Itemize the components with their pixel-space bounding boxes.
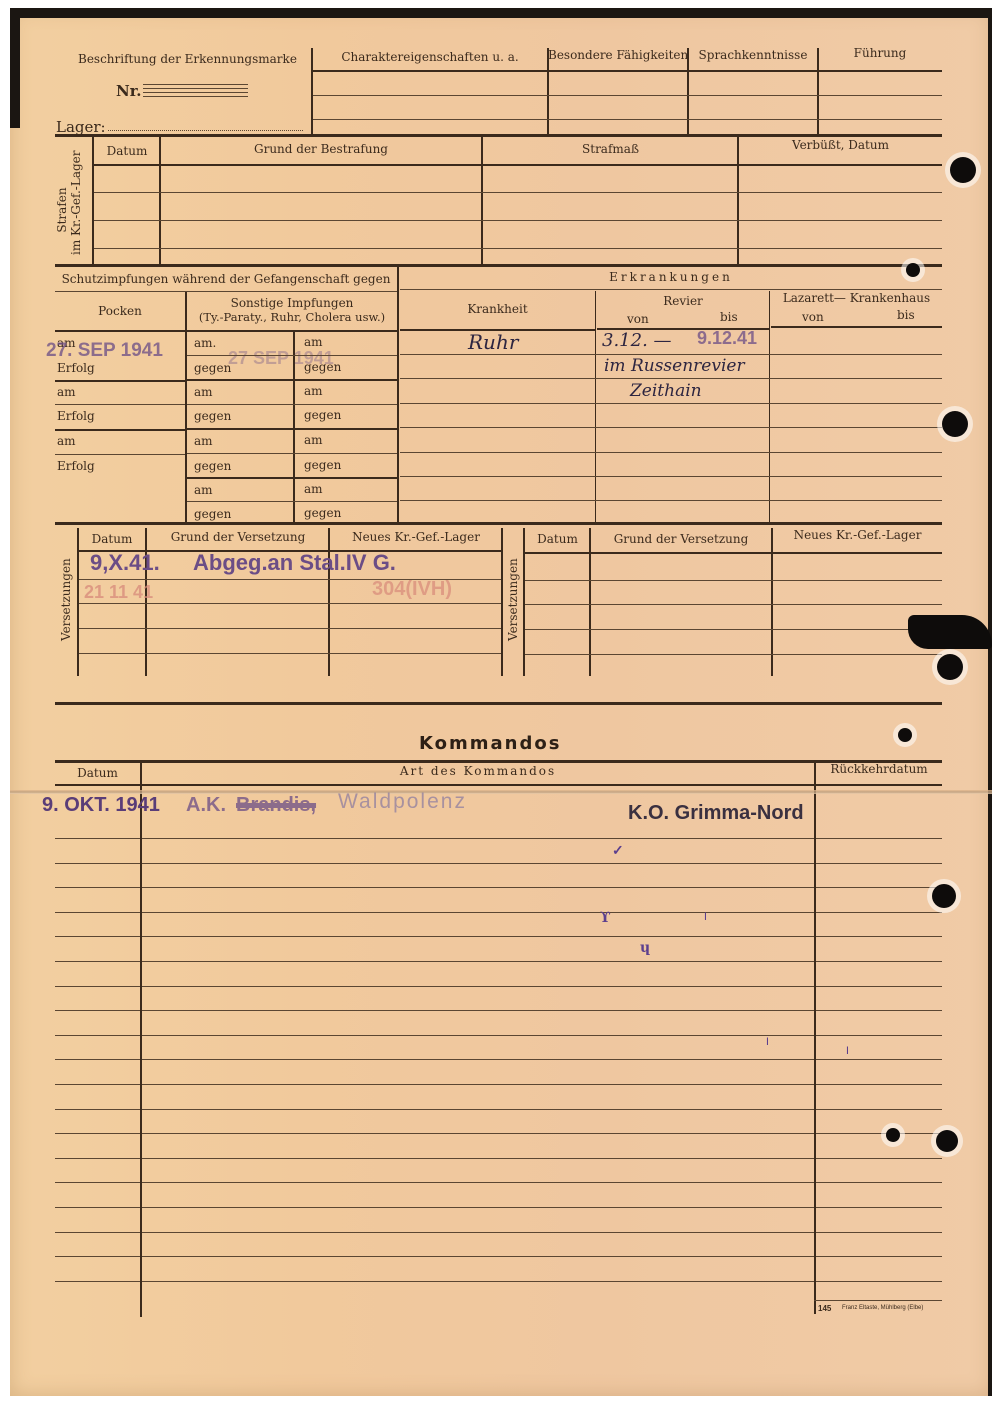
row-line (313, 119, 942, 120)
erkrankungen-title: Erkrankungen (400, 270, 942, 284)
sonstige-b-gegen-4: gegen (304, 506, 341, 520)
sonstige-a-am-4: am (194, 483, 213, 497)
row-line (142, 1232, 814, 1233)
ink-mark: ǀ (846, 1046, 849, 1057)
row-line (55, 1281, 140, 1282)
row-line (55, 1182, 140, 1183)
row-line (55, 291, 397, 292)
row-line (79, 603, 501, 604)
row-line (55, 454, 185, 455)
pocken-erfolg-1: Erfolg (57, 361, 95, 375)
row-line (142, 936, 814, 937)
row-line (94, 248, 942, 249)
row-line (142, 1256, 814, 1257)
vers-grund-1: Abgeg.an Stal.IV G. (193, 550, 396, 576)
sonstige-a-gegen-1: gegen (194, 361, 231, 375)
charakter-header: Charaktereigenschaften u. a. (312, 50, 548, 64)
row-line (816, 1256, 942, 1257)
pocken-date-stamp: 27. SEP 1941 (46, 340, 163, 362)
section-rule (55, 134, 942, 137)
kommando-ko-stamp: K.O. Grimma-Nord (628, 802, 804, 825)
strafen-label-1: Strafen (55, 187, 69, 232)
punch-hole (936, 1130, 958, 1152)
row-line (55, 1084, 140, 1085)
row-line (525, 654, 942, 655)
punch-hole (898, 728, 912, 742)
row-line (142, 1109, 814, 1110)
revier-von-value: 3.12. — (602, 330, 672, 351)
sonstige-a-gegen-4: gegen (194, 507, 231, 521)
row-line (55, 912, 140, 913)
row-line (142, 912, 814, 913)
row-line (816, 838, 942, 839)
row-line (816, 1059, 942, 1060)
row-line (55, 961, 140, 962)
row-line (94, 192, 942, 193)
row-line (816, 1133, 942, 1134)
sonstige-subheader: (Ty.-Paraty., Ruhr, Cholera usw.) (187, 310, 397, 324)
pocken-am-2: am (57, 385, 76, 399)
punch-hole (906, 263, 920, 277)
row-line (816, 887, 942, 888)
row-line (55, 1109, 140, 1110)
row-line (816, 986, 942, 987)
nr-line (143, 92, 248, 93)
divider (769, 291, 770, 522)
punch-hole (932, 884, 956, 908)
kommandos-title: Kommandos (419, 733, 561, 754)
header-underline (312, 70, 942, 72)
divider (595, 291, 596, 522)
row-line (816, 1084, 942, 1085)
row-line (187, 404, 397, 405)
sonstige-b-gegen-2: gegen (304, 408, 341, 422)
vers-datum-header: Datum (79, 532, 145, 546)
vers-lager-header: Neues Kr.-Gef.-Lager (330, 530, 502, 544)
row-line (142, 961, 814, 962)
row-line (55, 838, 140, 839)
row-line (816, 912, 942, 913)
ink-mark: ✓ (612, 843, 624, 859)
row-line (79, 628, 501, 629)
header-underline (55, 784, 942, 786)
revier-von: von (627, 312, 649, 326)
kommando-struck-text: Brandis, (236, 794, 316, 817)
sonstige-b-am-1: am (304, 335, 323, 349)
rueckkehr-header: Rückkehrdatum (816, 762, 942, 776)
footer-line (814, 1300, 942, 1301)
sonstige-a-am-3: am (194, 434, 213, 448)
divider (185, 292, 187, 522)
krankheit-value: Ruhr (468, 330, 518, 354)
vers-datum-1: 9,X.41. (90, 550, 160, 576)
row-line (142, 1133, 814, 1134)
header-underline (94, 164, 942, 166)
revier-note-1: im Russenrevier (604, 356, 745, 376)
row-line (142, 1158, 814, 1159)
sonstige-a-gegen-2: gegen (194, 409, 231, 423)
row-line (55, 1010, 140, 1011)
nr-line (143, 84, 248, 85)
tear (908, 615, 992, 649)
row-line (400, 500, 942, 501)
krankheit-header: Krankheit (400, 302, 595, 316)
printer-imprint: Franz Eltaste, Mühlberg (Elbe) (842, 1305, 923, 1311)
row-line (187, 428, 397, 430)
section-rule (55, 702, 942, 705)
punch-hole (942, 411, 968, 437)
row-line (142, 838, 814, 839)
row-line (816, 961, 942, 962)
pocken-header: Pocken (55, 304, 185, 318)
divider (140, 762, 142, 1317)
row-line (55, 1256, 140, 1257)
schutzimpfungen-title: Schutzimpfungen während der Gefangenscha… (55, 272, 397, 286)
row-line (187, 453, 397, 454)
form-number: 145 (818, 1304, 831, 1313)
lager-field[interactable] (108, 130, 303, 131)
vers-r-lager-header: Neues Kr.-Gef.-Lager (773, 528, 942, 542)
vers-r-datum-header: Datum (525, 532, 590, 546)
sprachkenntnisse-header: Sprachkenntnisse (688, 48, 818, 62)
row-line (816, 1207, 942, 1208)
strafmass-header: Strafmaß (483, 142, 738, 156)
row-line (187, 477, 397, 479)
kommando-art-header: Art des Kommandos (142, 764, 814, 778)
faehigkeiten-header: Besondere Fähigkeiten (548, 48, 688, 62)
revier-note-2: Zeithain (630, 381, 702, 401)
sonstige-a-am-2: am (194, 385, 213, 399)
row-line (816, 1281, 942, 1282)
row-line (400, 452, 942, 453)
scan-edge-shadow-left (10, 8, 20, 128)
strafen-label-2: im Kr.-Gef.-Lager (69, 151, 83, 256)
revier-bis-stamp: 9.12.41 (697, 328, 757, 349)
scan-edge-shadow (10, 8, 992, 18)
revier-header: Revier (597, 294, 769, 308)
kommando-ak-stamp: A.K. (186, 794, 226, 817)
sonstige-a-am-1: am. (194, 336, 216, 350)
row-line (816, 1232, 942, 1233)
nr-line (143, 88, 248, 89)
header-underline (771, 326, 942, 328)
sonstige-a-gegen-3: gegen (194, 459, 231, 473)
ink-mark: ɥ (640, 940, 650, 956)
row-line (400, 378, 942, 379)
row-line (55, 429, 185, 431)
verbuesst-header: Verbüßt, Datum (739, 138, 942, 152)
row-line (816, 1035, 942, 1036)
divider (737, 136, 739, 264)
pocken-erfolg-2: Erfolg (57, 409, 95, 423)
kommando-place: Waldpolenz (338, 790, 467, 814)
strafen-datum-header: Datum (94, 144, 160, 158)
row-line (816, 936, 942, 937)
ink-mark: ϒ (600, 910, 611, 926)
row-line (400, 403, 942, 404)
lazarett-header: Lazarett— Krankenhaus (771, 291, 942, 305)
row-line (816, 863, 942, 864)
row-line (55, 404, 185, 405)
sonstige-b-gegen-1: gegen (304, 360, 341, 374)
kommando-datum-header: Datum (55, 766, 140, 780)
row-line (55, 1207, 140, 1208)
row-line (816, 1182, 942, 1183)
row-line (313, 95, 942, 96)
row-line (816, 1158, 942, 1159)
row-line (187, 379, 397, 381)
row-line (400, 289, 942, 290)
vers-datum-2: 21 11 41 (84, 582, 153, 603)
header-underline (525, 552, 942, 554)
row-line (525, 604, 942, 605)
punch-hole (886, 1128, 900, 1142)
sonstige-b-gegen-3: gegen (304, 458, 341, 472)
row-line (142, 1281, 814, 1282)
row-line (55, 1035, 140, 1036)
row-line (55, 1232, 140, 1233)
row-line (400, 476, 942, 477)
lazarett-von: von (802, 310, 824, 324)
row-line (816, 1010, 942, 1011)
section-rule (55, 264, 942, 267)
row-line (55, 380, 185, 382)
section-rule (55, 760, 942, 763)
sonstige-b-am-3: am (304, 433, 323, 447)
sonstige-b-am-4: am (304, 482, 323, 496)
pocken-erfolg-3: Erfolg (57, 459, 95, 473)
strafen-grund-header: Grund der Bestrafung (161, 142, 481, 156)
kommando-datum-1: 9. OKT. 1941 (42, 794, 160, 817)
row-line (79, 653, 501, 654)
row-line (94, 220, 942, 221)
scan-edge-shadow-right (988, 8, 992, 1396)
fuehrung-header: Führung (818, 46, 942, 60)
nr-label: Nr. (116, 82, 141, 100)
row-line (55, 863, 140, 864)
row-line (55, 1133, 140, 1134)
row-line (400, 427, 942, 428)
ink-mark: ǀ (766, 1037, 769, 1048)
row-line (187, 355, 397, 356)
section-rule (55, 522, 942, 525)
vers-r-grund-header: Grund der Versetzung (591, 532, 771, 546)
row-line (55, 887, 140, 888)
row-line (142, 863, 814, 864)
row-line (187, 501, 397, 502)
versetzungen-side-label-right: Versetzungen (506, 561, 520, 641)
ink-mark: ǀ (704, 912, 707, 923)
lazarett-bis: bis (897, 308, 915, 322)
strafen-side-label: Strafen im Kr.-Gef.-Lager (55, 165, 83, 255)
vers-grund-header: Grund der Versetzung (147, 530, 329, 544)
row-line (142, 1010, 814, 1011)
pocken-am-3: am (57, 434, 76, 448)
versetzungen-side-label-left: Versetzungen (59, 561, 73, 641)
sonstige-header: Sonstige Impfungen (187, 296, 397, 310)
row-line (142, 1207, 814, 1208)
row-line (525, 629, 942, 630)
sonstige-b-am-2: am (304, 384, 323, 398)
row-line (816, 1109, 942, 1110)
row-line (142, 887, 814, 888)
vers-lager-2: 304(IVH) (372, 578, 452, 601)
punch-hole (937, 654, 963, 680)
row-line (142, 1035, 814, 1036)
divider (501, 528, 503, 676)
row-line (55, 1059, 140, 1060)
row-line (142, 1084, 814, 1085)
nr-line (143, 96, 248, 97)
beschriftung-label: Beschriftung der Erkennungsmarke (78, 52, 297, 66)
row-line (55, 986, 140, 987)
row-line (142, 986, 814, 987)
row-line (55, 1158, 140, 1159)
row-line (142, 1059, 814, 1060)
divider (397, 266, 399, 522)
punch-hole (950, 157, 976, 183)
header-underline (55, 330, 397, 332)
row-line (142, 1182, 814, 1183)
row-line (400, 354, 942, 355)
revier-bis: bis (720, 310, 738, 324)
row-line (55, 936, 140, 937)
divider (817, 48, 819, 136)
row-line (525, 580, 942, 581)
